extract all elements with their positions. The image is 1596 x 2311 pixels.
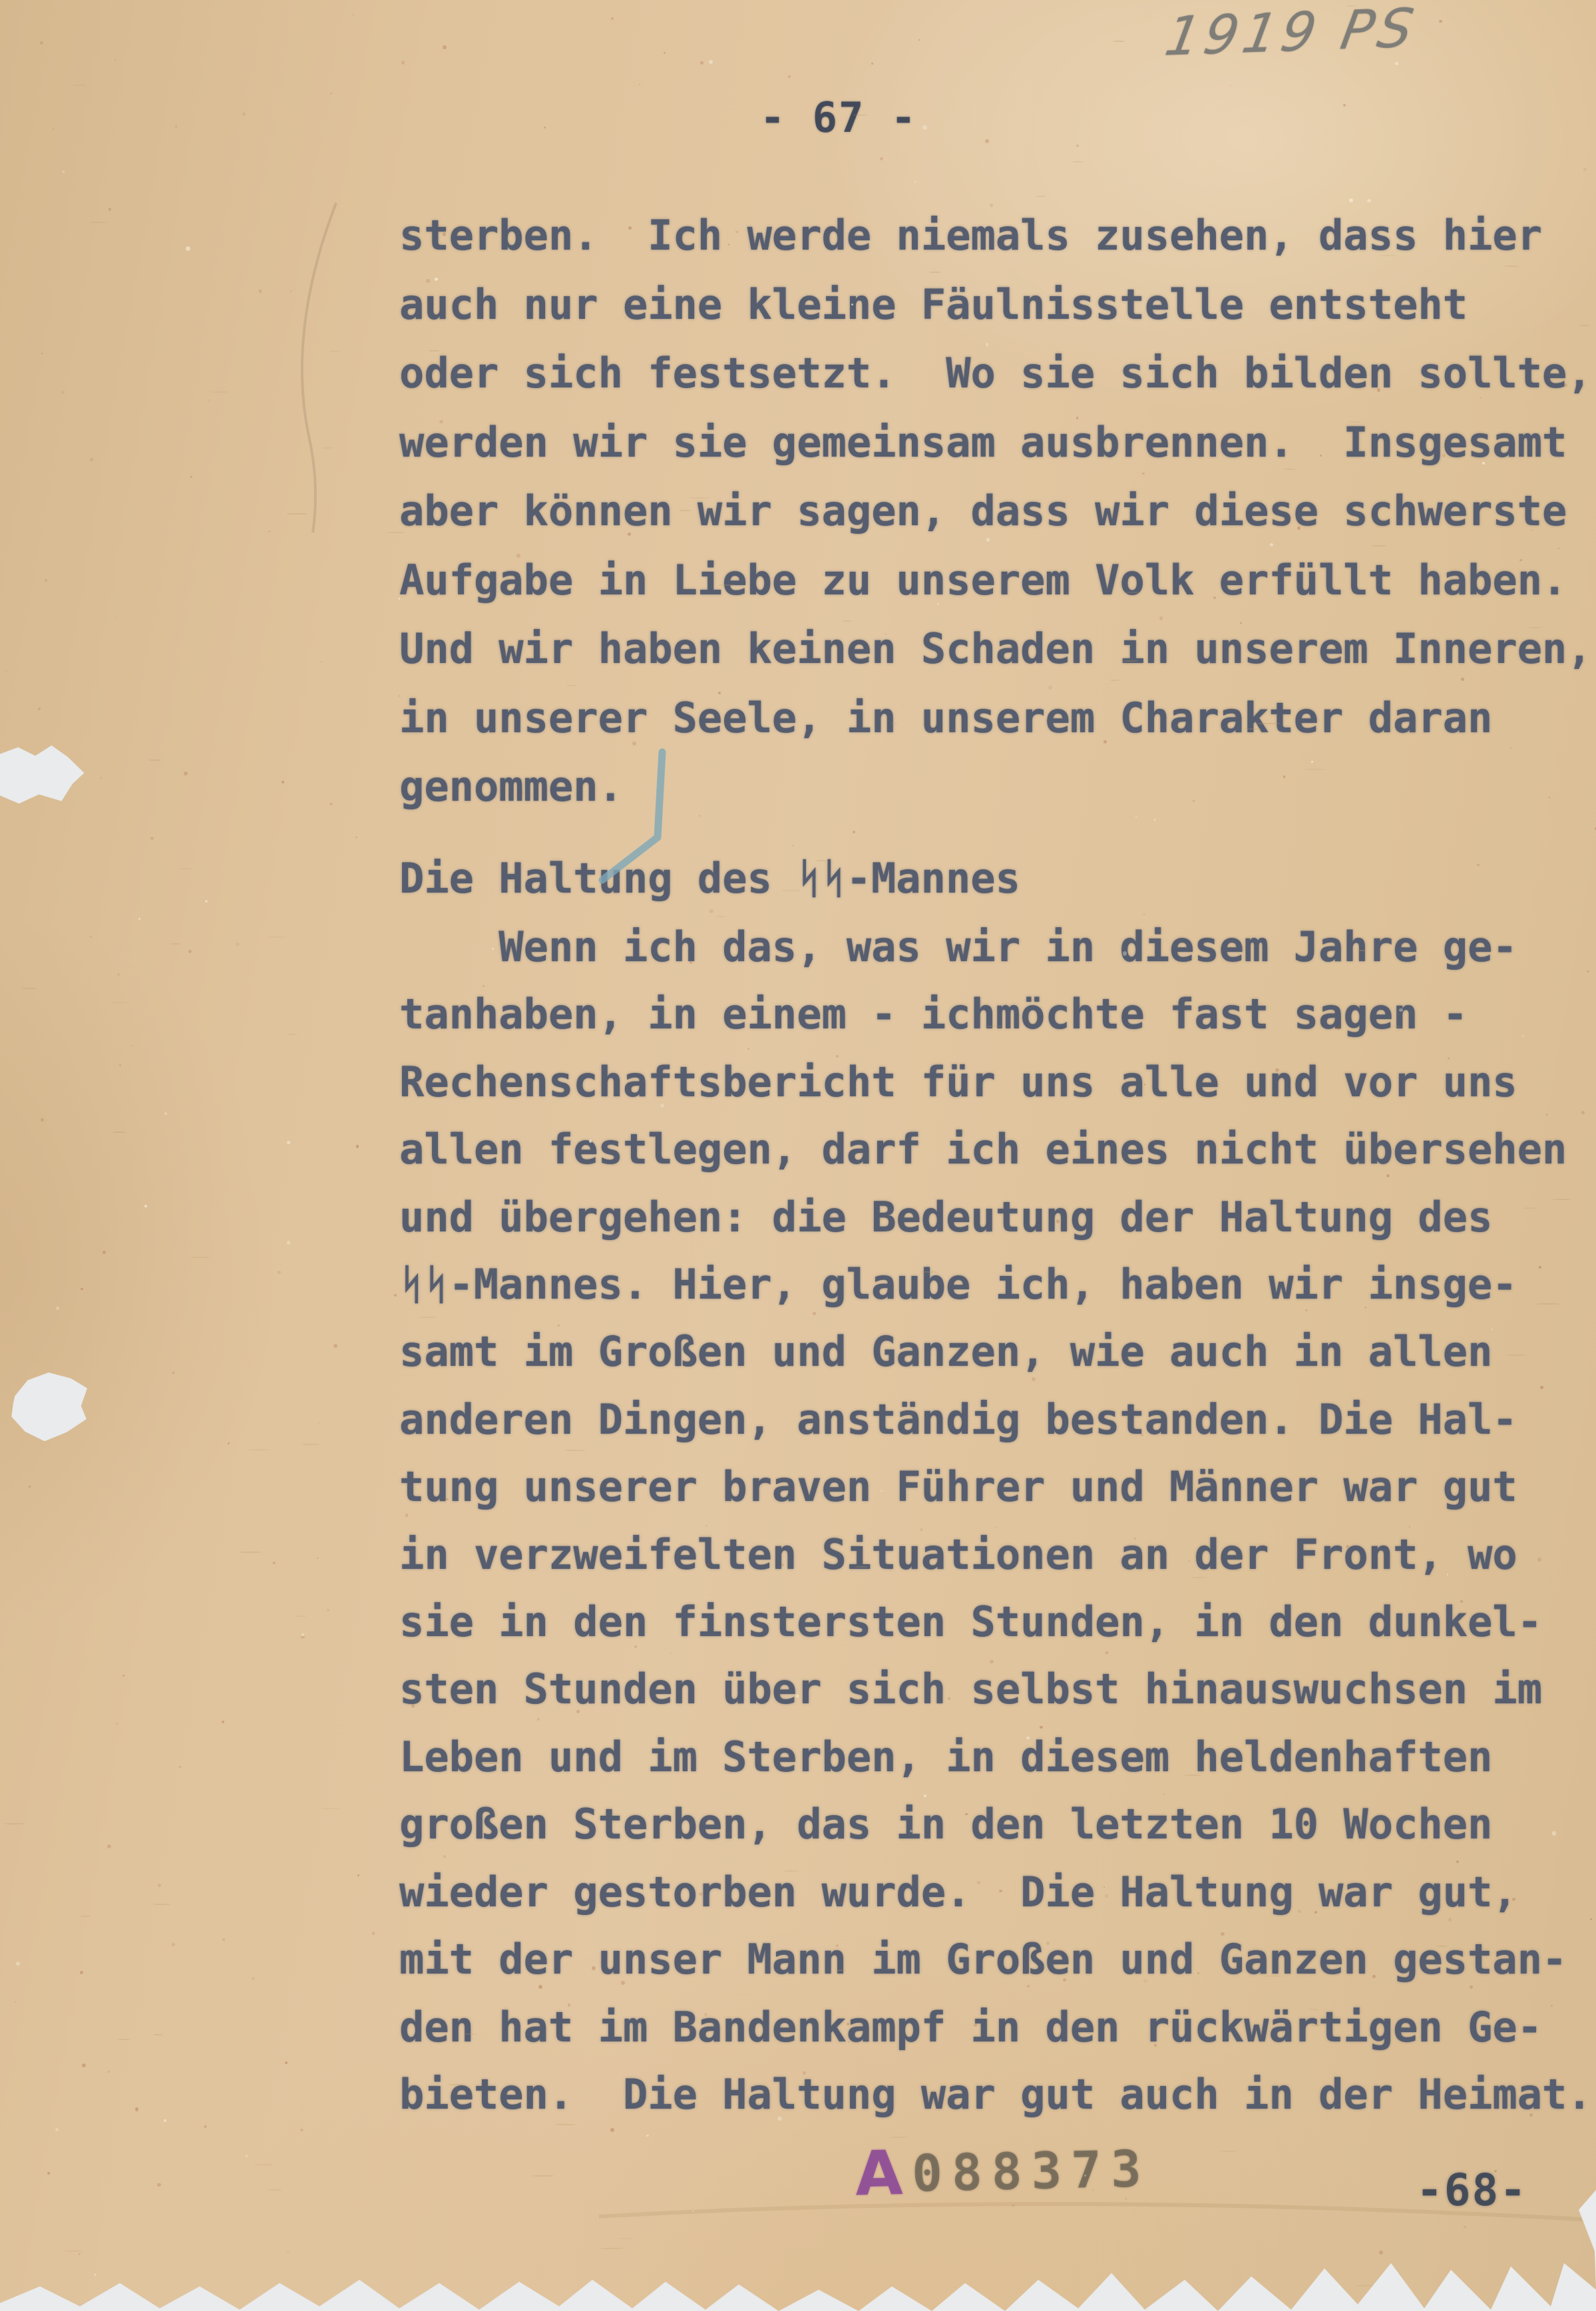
speckle xyxy=(1346,1545,1349,1548)
text-line: in unserer Seele, in unserem Charakter d… xyxy=(399,684,1592,753)
speckle xyxy=(986,343,989,346)
speckle xyxy=(619,2238,634,2239)
speckle xyxy=(247,1449,270,1450)
speckle xyxy=(1257,723,1280,724)
speckle xyxy=(664,52,666,54)
speckle xyxy=(600,2248,624,2249)
speckle xyxy=(228,1442,230,1444)
speckle xyxy=(918,39,920,41)
speckle xyxy=(208,399,210,401)
speckle xyxy=(286,513,308,515)
speckle xyxy=(122,1675,124,1677)
speckle xyxy=(401,61,405,64)
speckle xyxy=(15,2001,16,2002)
speckle xyxy=(783,1870,800,1872)
text-line: aber können wir sagen, dass wir diese sc… xyxy=(399,477,1592,546)
speckle xyxy=(621,1981,625,1985)
speckle xyxy=(1546,1114,1548,1116)
speckle xyxy=(1312,2025,1320,2026)
speckle xyxy=(79,2253,80,2254)
speckle xyxy=(102,1251,106,1255)
speckle xyxy=(267,937,287,938)
speckle xyxy=(236,943,240,946)
speckle xyxy=(443,45,447,49)
speckle xyxy=(204,2125,206,2127)
speckle xyxy=(1587,970,1589,972)
speckle xyxy=(704,2013,707,2016)
paragraph: sterben. Ich werde niemals zusehen, dass… xyxy=(399,201,1592,821)
speckle xyxy=(710,1410,713,1413)
speckle xyxy=(526,455,528,457)
speckle xyxy=(41,353,43,354)
speckle xyxy=(863,662,864,664)
speckle xyxy=(1036,196,1046,197)
speckle xyxy=(835,1970,845,1971)
speckle xyxy=(1125,2198,1127,2200)
speckle xyxy=(119,1064,121,1066)
speckle xyxy=(95,2274,96,2275)
speckle xyxy=(1120,660,1138,662)
speckle xyxy=(29,1486,31,1488)
speckle xyxy=(329,351,339,352)
page-number-bottom: -68- xyxy=(1416,2165,1527,2216)
pencil-annotation: 1919 PS xyxy=(1161,0,1422,68)
speckle xyxy=(1395,62,1398,65)
speckle xyxy=(1283,469,1297,470)
speckle xyxy=(628,532,631,536)
speckle xyxy=(327,1609,329,1611)
speckle xyxy=(222,1721,224,1723)
speckle xyxy=(190,1257,210,1258)
speckle xyxy=(153,2034,162,2035)
speckle xyxy=(1193,800,1195,802)
speckle xyxy=(1231,85,1232,86)
speckle xyxy=(646,2135,649,2137)
speckle xyxy=(699,1892,703,1896)
speckle xyxy=(537,1718,540,1721)
text-line: auch nur eine kleine Fäulnisstelle entst… xyxy=(399,270,1592,339)
speckle xyxy=(692,2210,694,2212)
speckle xyxy=(1188,1560,1190,1562)
speckle xyxy=(448,2084,463,2085)
speckle xyxy=(1399,1008,1403,1012)
speckle xyxy=(632,741,636,745)
speckle xyxy=(1379,255,1397,256)
speckle xyxy=(1219,2151,1237,2152)
speckle xyxy=(164,1112,167,1115)
speckle xyxy=(890,723,898,724)
speckle xyxy=(520,792,523,795)
text-line: wieder gestorben wurde. Die Haltung war … xyxy=(399,1858,1592,1926)
section-heading: Die Haltung des ᛋᛋ-Mannes xyxy=(399,844,1020,913)
speckle xyxy=(1492,1329,1493,1330)
speckle xyxy=(252,1977,255,1980)
speckle xyxy=(321,1808,339,1809)
speckle xyxy=(107,1844,111,1848)
speckle xyxy=(353,14,354,15)
speckle xyxy=(114,59,116,61)
speckle xyxy=(937,603,938,604)
heading-line: Die Haltung des ᛋᛋ-Mannes xyxy=(399,844,1020,913)
speckle xyxy=(1076,417,1078,419)
speckle xyxy=(1076,144,1079,147)
speckle xyxy=(1240,622,1242,624)
speckle xyxy=(1154,2044,1157,2047)
speckle xyxy=(172,1943,175,1946)
speckle xyxy=(387,532,404,533)
text-line: mit der unser Mann im Großen und Ganzen … xyxy=(399,1926,1592,1993)
speckle xyxy=(64,2250,83,2252)
speckle xyxy=(816,860,827,861)
text-line: in verzweifelten Situationen an der Fron… xyxy=(399,1521,1592,1588)
speckle xyxy=(1263,1024,1265,1026)
speckle xyxy=(568,2003,571,2007)
speckle xyxy=(357,1874,359,1876)
speckle xyxy=(1283,775,1285,777)
speckle xyxy=(689,497,709,499)
speckle xyxy=(709,60,713,64)
speckle xyxy=(990,204,993,207)
speckle xyxy=(1447,1574,1449,1576)
speckle xyxy=(56,1307,59,1310)
text-line: Leben und im Sterben, in diesem heldenha… xyxy=(399,1723,1592,1790)
speckle xyxy=(210,391,229,393)
speckle xyxy=(321,661,322,662)
speckle xyxy=(777,2117,782,2121)
speckle xyxy=(986,538,990,542)
speckle xyxy=(1552,1199,1571,1200)
speckle xyxy=(709,909,713,913)
speckle xyxy=(4,1823,25,1824)
speckle xyxy=(170,943,181,945)
speckle xyxy=(921,1271,937,1273)
speckle xyxy=(481,795,482,797)
document-page: 1919 PS - 67 - sterben. Ich werde niemal… xyxy=(0,0,1596,2311)
speckle xyxy=(670,1653,672,1654)
speckle xyxy=(1270,543,1273,546)
speckle xyxy=(5,670,7,672)
speckle xyxy=(1110,680,1120,681)
speckle xyxy=(589,1140,592,1142)
torn-hole xyxy=(0,744,91,805)
speckle xyxy=(1551,2005,1553,2007)
speckle xyxy=(16,1962,20,1966)
speckle xyxy=(40,41,43,45)
speckle xyxy=(1448,1918,1452,1921)
speckle xyxy=(1056,1219,1060,1223)
text-line: und übergehen: die Bedeutung der Haltung… xyxy=(399,1183,1592,1251)
speckle xyxy=(1113,41,1125,42)
speckle xyxy=(1144,1084,1145,1085)
speckle xyxy=(788,75,791,78)
speckle xyxy=(1026,1737,1029,1739)
speckle xyxy=(544,126,546,128)
speckle xyxy=(1379,2250,1383,2254)
speckle xyxy=(1158,2087,1161,2090)
text-line: den hat im Bandenkampf in den rückwärtig… xyxy=(399,1994,1592,2061)
speckle xyxy=(254,2164,273,2165)
speckle xyxy=(322,447,333,449)
speckle xyxy=(1558,548,1559,549)
speckle xyxy=(153,1904,170,1905)
speckle xyxy=(1275,1068,1279,1072)
speckle xyxy=(100,777,102,779)
speckle xyxy=(1336,1026,1340,1030)
speckle xyxy=(61,391,65,394)
speckle xyxy=(115,616,116,618)
speckle xyxy=(158,1884,161,1887)
speckle xyxy=(301,1635,304,1639)
speckle xyxy=(290,290,292,292)
speckle xyxy=(150,837,154,840)
speckle xyxy=(781,890,801,891)
speckle xyxy=(1148,230,1150,232)
speckle xyxy=(1084,2175,1086,2177)
speckle xyxy=(514,887,515,888)
text-line: genommen. xyxy=(399,752,1592,821)
speckle xyxy=(22,988,38,989)
speckle xyxy=(55,2128,59,2131)
speckle xyxy=(732,572,734,574)
speckle xyxy=(1115,514,1118,517)
text-line: sie in den finstersten Stunden, in den d… xyxy=(399,1588,1592,1655)
paragraph: Wenn ich das, was wir in diesem Jahre ge… xyxy=(399,913,1592,2128)
speckle xyxy=(914,181,916,182)
speckle xyxy=(205,900,208,903)
speckle xyxy=(965,1813,968,1816)
speckle xyxy=(1470,1986,1473,1989)
speckle xyxy=(1552,1831,1556,1835)
speckle xyxy=(184,771,188,775)
speckle xyxy=(222,1938,225,1941)
speckle xyxy=(285,2061,288,2064)
torn-hole xyxy=(7,1368,94,1444)
speckle xyxy=(910,1830,912,1832)
text-line: Und wir haben keinen Schaden in unserem … xyxy=(399,614,1592,684)
text-line: tanhaben, in einem - ichmöchte fast sage… xyxy=(399,980,1592,1048)
speckle xyxy=(639,84,640,85)
speckle xyxy=(1583,168,1587,171)
speckle xyxy=(853,831,856,834)
speckle xyxy=(1377,388,1380,391)
scanned-document: 1919 PS - 67 - sterben. Ich werde niemal… xyxy=(0,0,1596,2311)
speckle xyxy=(1537,1558,1541,1562)
speckle xyxy=(172,1372,174,1374)
speckle xyxy=(922,125,927,130)
speckle xyxy=(1364,1307,1366,1309)
speckle xyxy=(853,114,868,116)
speckle xyxy=(705,1525,707,1526)
speckle xyxy=(144,1205,147,1207)
speckle xyxy=(288,1034,297,1035)
speckle xyxy=(259,290,262,293)
speckle xyxy=(1343,104,1346,106)
speckle xyxy=(796,1695,799,1697)
speckle xyxy=(1184,1775,1201,1776)
crease-line xyxy=(302,203,336,532)
speckle xyxy=(135,2107,138,2111)
speckle xyxy=(1464,2226,1466,2228)
text-line: anderen Dingen, anständig bestanden. Die… xyxy=(399,1386,1592,1453)
speckle xyxy=(813,1312,816,1315)
speckle xyxy=(108,2071,110,2073)
speckle xyxy=(516,554,520,557)
speckle xyxy=(1191,1577,1207,1578)
speckle xyxy=(296,1615,307,1617)
speckle xyxy=(1442,454,1446,457)
speckle xyxy=(1297,526,1300,530)
speckle xyxy=(82,2063,86,2067)
speckle xyxy=(996,1527,998,1529)
speckle xyxy=(409,793,410,794)
text-line: samt im Großen und Ganzen, wie auch in a… xyxy=(399,1318,1592,1385)
speckle xyxy=(239,1552,262,1553)
text-line: ᛋᛋ-Mannes. Hier, glaube ich, haben wir i… xyxy=(399,1251,1592,1318)
speckle xyxy=(117,973,120,976)
text-line: allen festlegen, darf ich eines nicht üb… xyxy=(399,1116,1592,1183)
speckle xyxy=(53,128,54,130)
speckle xyxy=(1123,951,1127,955)
stamp-number: 088373 xyxy=(911,2139,1151,2203)
archive-stamp: A088373 xyxy=(855,2132,1151,2209)
speckle xyxy=(532,2175,554,2177)
text-line: großen Sterben, das in den letzten 10 Wo… xyxy=(399,1790,1592,1858)
speckle xyxy=(1134,1538,1136,1540)
speckle xyxy=(287,2251,289,2253)
speckle xyxy=(538,1985,542,1989)
speckle xyxy=(1477,864,1479,866)
speckle xyxy=(660,1104,664,1108)
speckle xyxy=(1012,2204,1015,2207)
text-line: tung unserer braven Führer und Männer wa… xyxy=(399,1453,1592,1520)
speckle xyxy=(90,936,93,939)
speckle xyxy=(246,2155,248,2157)
speckle xyxy=(891,2137,908,2138)
speckle xyxy=(426,279,430,283)
speckle xyxy=(157,2183,160,2187)
speckle xyxy=(443,232,446,236)
speckle xyxy=(179,868,192,869)
speckle xyxy=(278,1271,281,1274)
speckle xyxy=(851,304,853,306)
speckle xyxy=(855,1566,868,1568)
speckle xyxy=(679,510,691,511)
speckle xyxy=(282,781,284,783)
speckle xyxy=(985,139,989,143)
speckle xyxy=(329,803,333,806)
speckle xyxy=(1590,1918,1592,1920)
speckle xyxy=(47,2172,50,2175)
speckle xyxy=(80,1971,83,1974)
speckle xyxy=(63,170,65,173)
speckle xyxy=(268,530,270,532)
speckle xyxy=(333,1344,337,1348)
speckle xyxy=(164,2119,166,2122)
speckle xyxy=(980,1679,982,1681)
speckle xyxy=(842,1900,845,1902)
speckle xyxy=(1439,20,1442,23)
speckle xyxy=(190,476,192,477)
speckle xyxy=(566,685,577,686)
speckle xyxy=(394,1294,397,1297)
speckle xyxy=(300,2129,303,2132)
speckle xyxy=(1105,1651,1108,1654)
speckle xyxy=(355,837,357,838)
speckle xyxy=(706,1563,709,1566)
speckle xyxy=(81,1916,91,1917)
speckle xyxy=(287,1141,290,1144)
speckle xyxy=(1523,1207,1536,1209)
speckle xyxy=(880,157,883,160)
speckle xyxy=(175,125,177,127)
speckle xyxy=(634,1645,637,1648)
speckle xyxy=(130,1045,132,1047)
speckle xyxy=(1494,2170,1497,2173)
speckle xyxy=(435,278,438,281)
speckle xyxy=(302,1444,319,1445)
speckle xyxy=(1367,199,1371,203)
speckle xyxy=(1472,594,1481,595)
speckle xyxy=(41,1118,44,1122)
speckle xyxy=(1386,1174,1390,1177)
speckle xyxy=(317,1558,318,1559)
speckle xyxy=(558,1325,560,1327)
speckle xyxy=(72,85,87,86)
speckle xyxy=(1564,383,1567,387)
speckle xyxy=(792,845,793,846)
speckle xyxy=(929,272,940,273)
speckle xyxy=(1307,1210,1310,1213)
speckle xyxy=(266,2189,282,2191)
speckle xyxy=(948,1697,950,1700)
speckle xyxy=(803,2071,806,2075)
speckle xyxy=(871,63,873,65)
speckle xyxy=(372,1932,375,1934)
text-line: Aufgabe in Liebe zu unserem Volk erfüllt… xyxy=(399,546,1592,615)
speckle xyxy=(556,2124,576,2125)
speckle xyxy=(1048,686,1052,689)
speckle xyxy=(439,420,443,423)
speckle xyxy=(186,246,190,251)
speckle xyxy=(1304,769,1326,770)
speckle xyxy=(45,579,47,582)
speckle xyxy=(610,2128,614,2132)
speckle xyxy=(138,918,140,920)
text-line: Wenn ich das, was wir in diesem Jahre ge… xyxy=(399,913,1592,980)
speckle xyxy=(1355,2285,1373,2286)
speckle xyxy=(287,1241,291,1245)
speckle xyxy=(318,1422,320,1424)
speckle xyxy=(1264,1976,1284,1977)
speckle xyxy=(1536,1303,1559,1305)
speckle xyxy=(1072,161,1084,162)
speckle xyxy=(1346,5,1356,7)
speckle xyxy=(920,1528,922,1530)
speckle xyxy=(1213,596,1216,599)
speckle xyxy=(1389,1026,1404,1027)
speckle xyxy=(108,208,112,211)
page-number-top: - 67 - xyxy=(760,93,917,142)
text-line: oder sich festsetzt. Wo sie sich bilden … xyxy=(399,339,1592,408)
speckle xyxy=(515,2094,518,2097)
speckle xyxy=(1505,1355,1526,1356)
speckle xyxy=(179,1766,181,1768)
text-line: werden wir sie gemeinsam ausbrennen. Ins… xyxy=(399,408,1592,477)
speckle xyxy=(116,2039,130,2040)
speckle xyxy=(356,1145,359,1148)
text-line: bieten. Die Haltung war gut auch in der … xyxy=(399,2061,1592,2128)
speckle xyxy=(112,1132,126,1133)
